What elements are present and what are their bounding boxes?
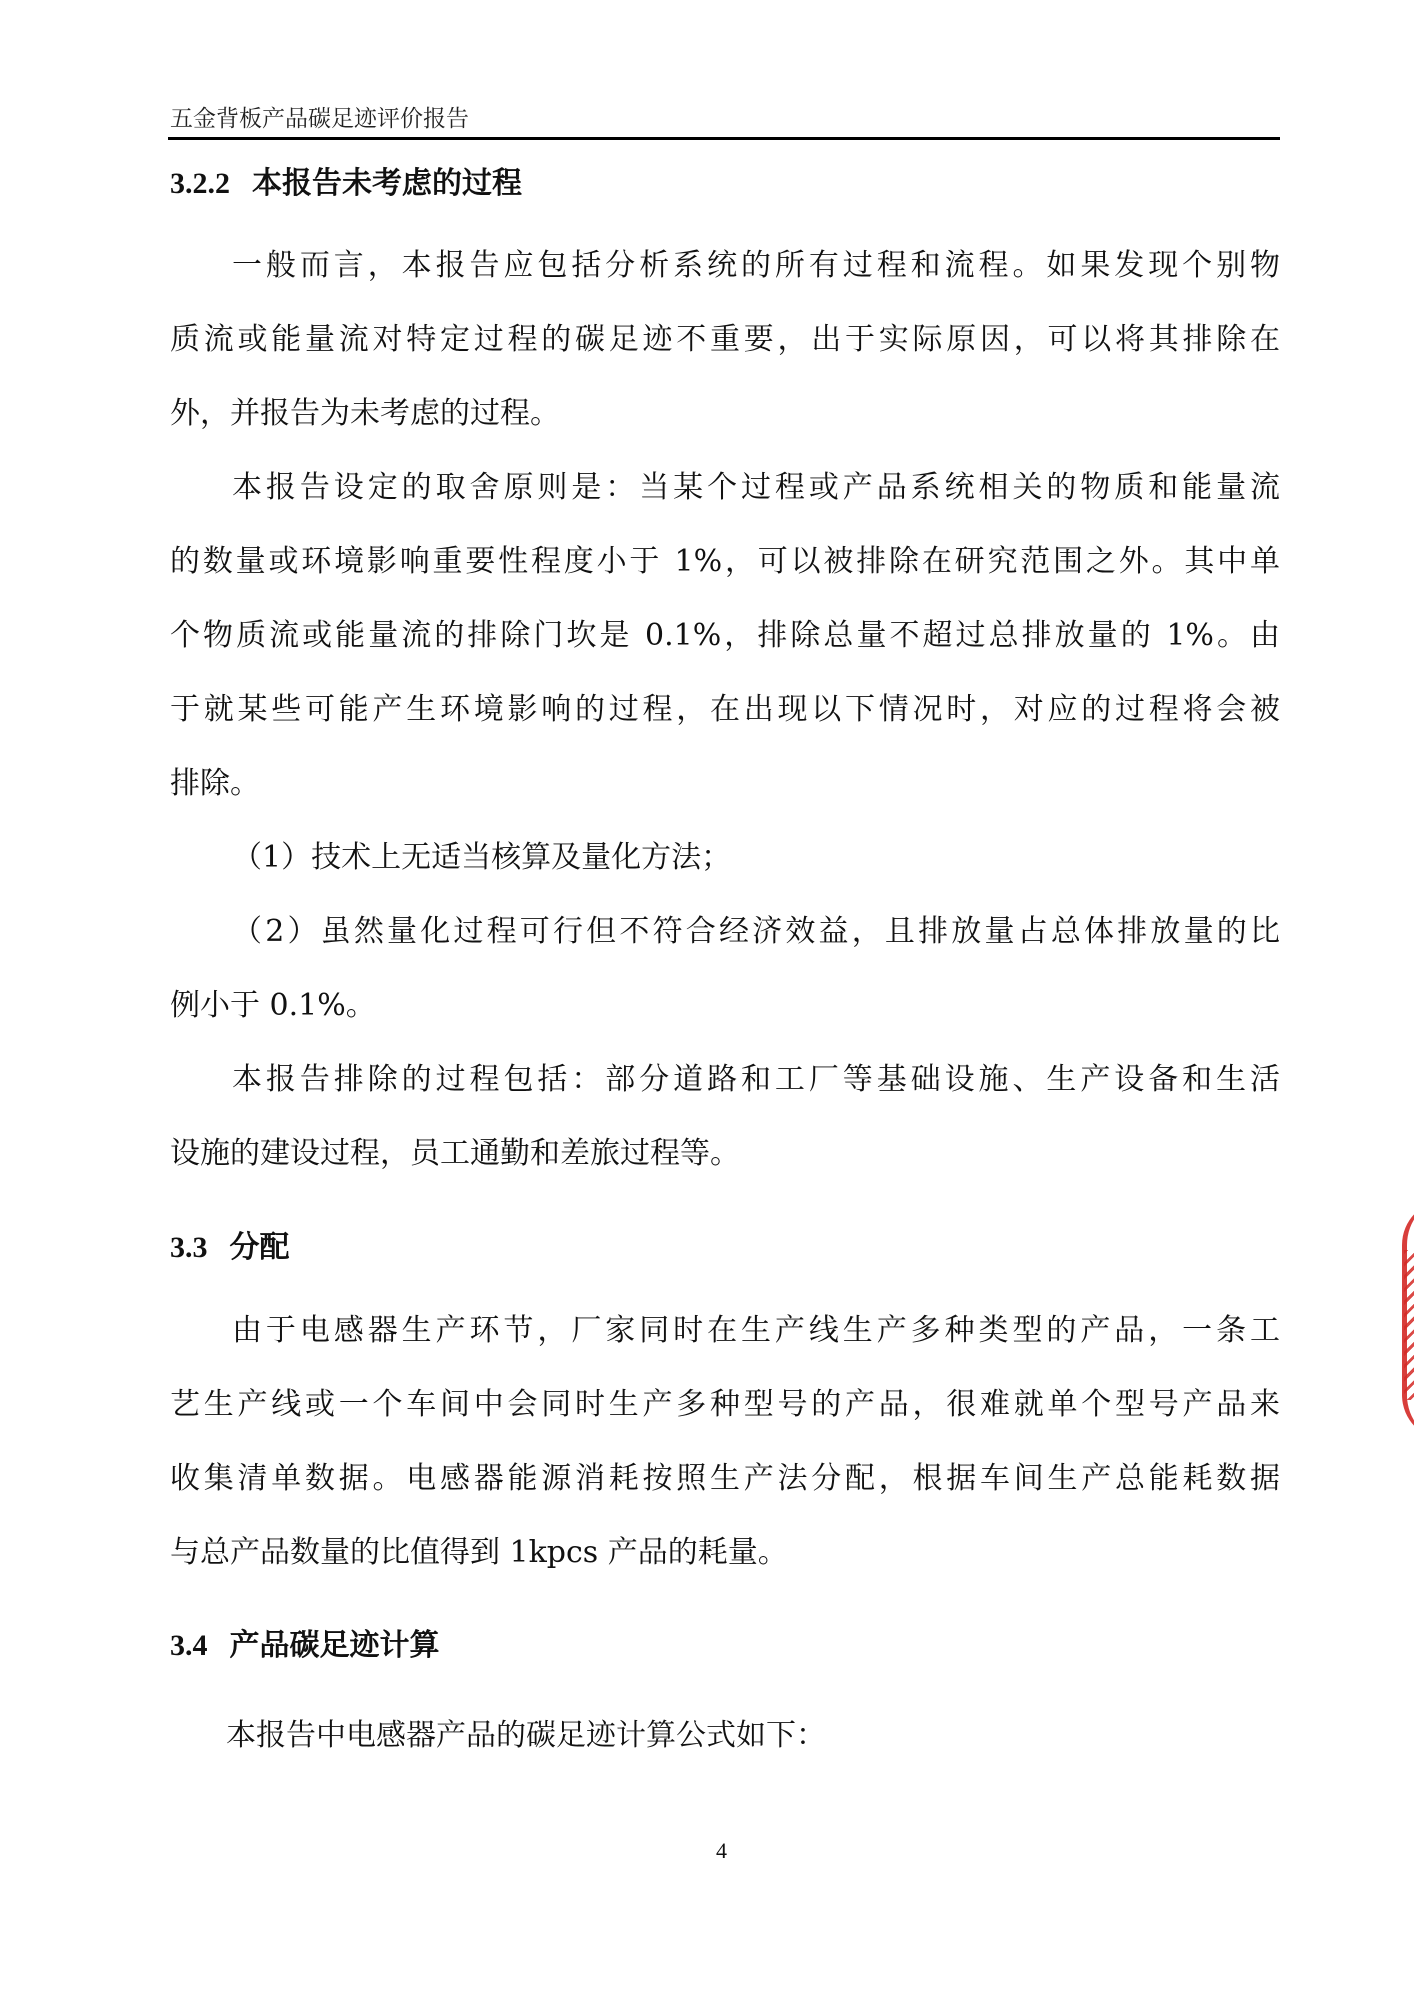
paragraph-line: 个物质流或能量流的排除门坎是 0.1%，排除总量不超过总排放量的 1%。由 <box>170 616 1280 656</box>
section-heading-3-3: 3.3分配 <box>170 1222 290 1266</box>
paragraph-line: 于就某些可能产生环境影响的过程，在出现以下情况时，对应的过程将会被 <box>170 690 1280 730</box>
paragraph-line: 排除。 <box>170 764 1280 804</box>
section-number: 3.4 <box>170 1629 208 1662</box>
paragraph-line: 例小于 0.1%。 <box>170 986 1280 1026</box>
header-rule <box>168 137 1280 140</box>
paragraph-line: 设施的建设过程，员工通勤和差旅过程等。 <box>170 1134 1280 1174</box>
paragraph-line: 外，并报告为未考虑的过程。 <box>170 394 1280 434</box>
section-title: 产品碳足迹计算 <box>230 1628 440 1663</box>
section-heading-3-4: 3.4产品碳足迹计算 <box>170 1620 440 1664</box>
paragraph-line: 与总产品数量的比值得到 1kpcs 产品的耗量。 <box>170 1533 1280 1573</box>
paragraph-line: 本报告中电感器产品的碳足迹计算公式如下： <box>226 1716 1274 1756</box>
paragraph-line: 质流或能量流对特定过程的碳足迹不重要，出于实际原因，可以将其排除在 <box>170 320 1280 360</box>
paragraph-line: 本报告设定的取舍原则是：当某个过程或产品系统相关的物质和能量流 <box>232 468 1280 508</box>
paragraph-line: 由于电感器生产环节，厂家同时在生产线生产多种类型的产品，一条工 <box>232 1311 1280 1351</box>
section-heading-3-2-2: 3.2.2本报告未考虑的过程 <box>170 158 522 202</box>
paragraph-line: 一般而言，本报告应包括分析系统的所有过程和流程。如果发现个别物 <box>232 246 1280 286</box>
page-number: 4 <box>716 1838 727 1864</box>
list-item-2: （2）虽然量化过程可行但不符合经济效益，且排放量占总体排放量的比 <box>232 912 1280 952</box>
section-title: 本报告未考虑的过程 <box>252 166 522 201</box>
document-header-title: 五金背板产品碳足迹评价报告 <box>170 100 469 133</box>
section-number: 3.3 <box>170 1231 208 1264</box>
paragraph-line: 本报告排除的过程包括：部分道路和工厂等基础设施、生产设备和生活 <box>232 1060 1280 1100</box>
paragraph-line: 收集清单数据。电感器能源消耗按照生产法分配，根据车间生产总能耗数据 <box>170 1459 1280 1499</box>
paragraph-line: 的数量或环境影响重要性程度小于 1%，可以被排除在研究范围之外。其中单 <box>170 542 1280 582</box>
section-title: 分配 <box>230 1230 290 1265</box>
paragraph-line: 艺生产线或一个车间中会同时生产多种型号的产品，很难就单个型号产品来 <box>170 1385 1280 1425</box>
list-item-1: （1）技术上无适当核算及量化方法； <box>232 838 1280 878</box>
red-seal-stamp-pattern <box>1404 1250 1414 1400</box>
section-number: 3.2.2 <box>170 167 230 200</box>
